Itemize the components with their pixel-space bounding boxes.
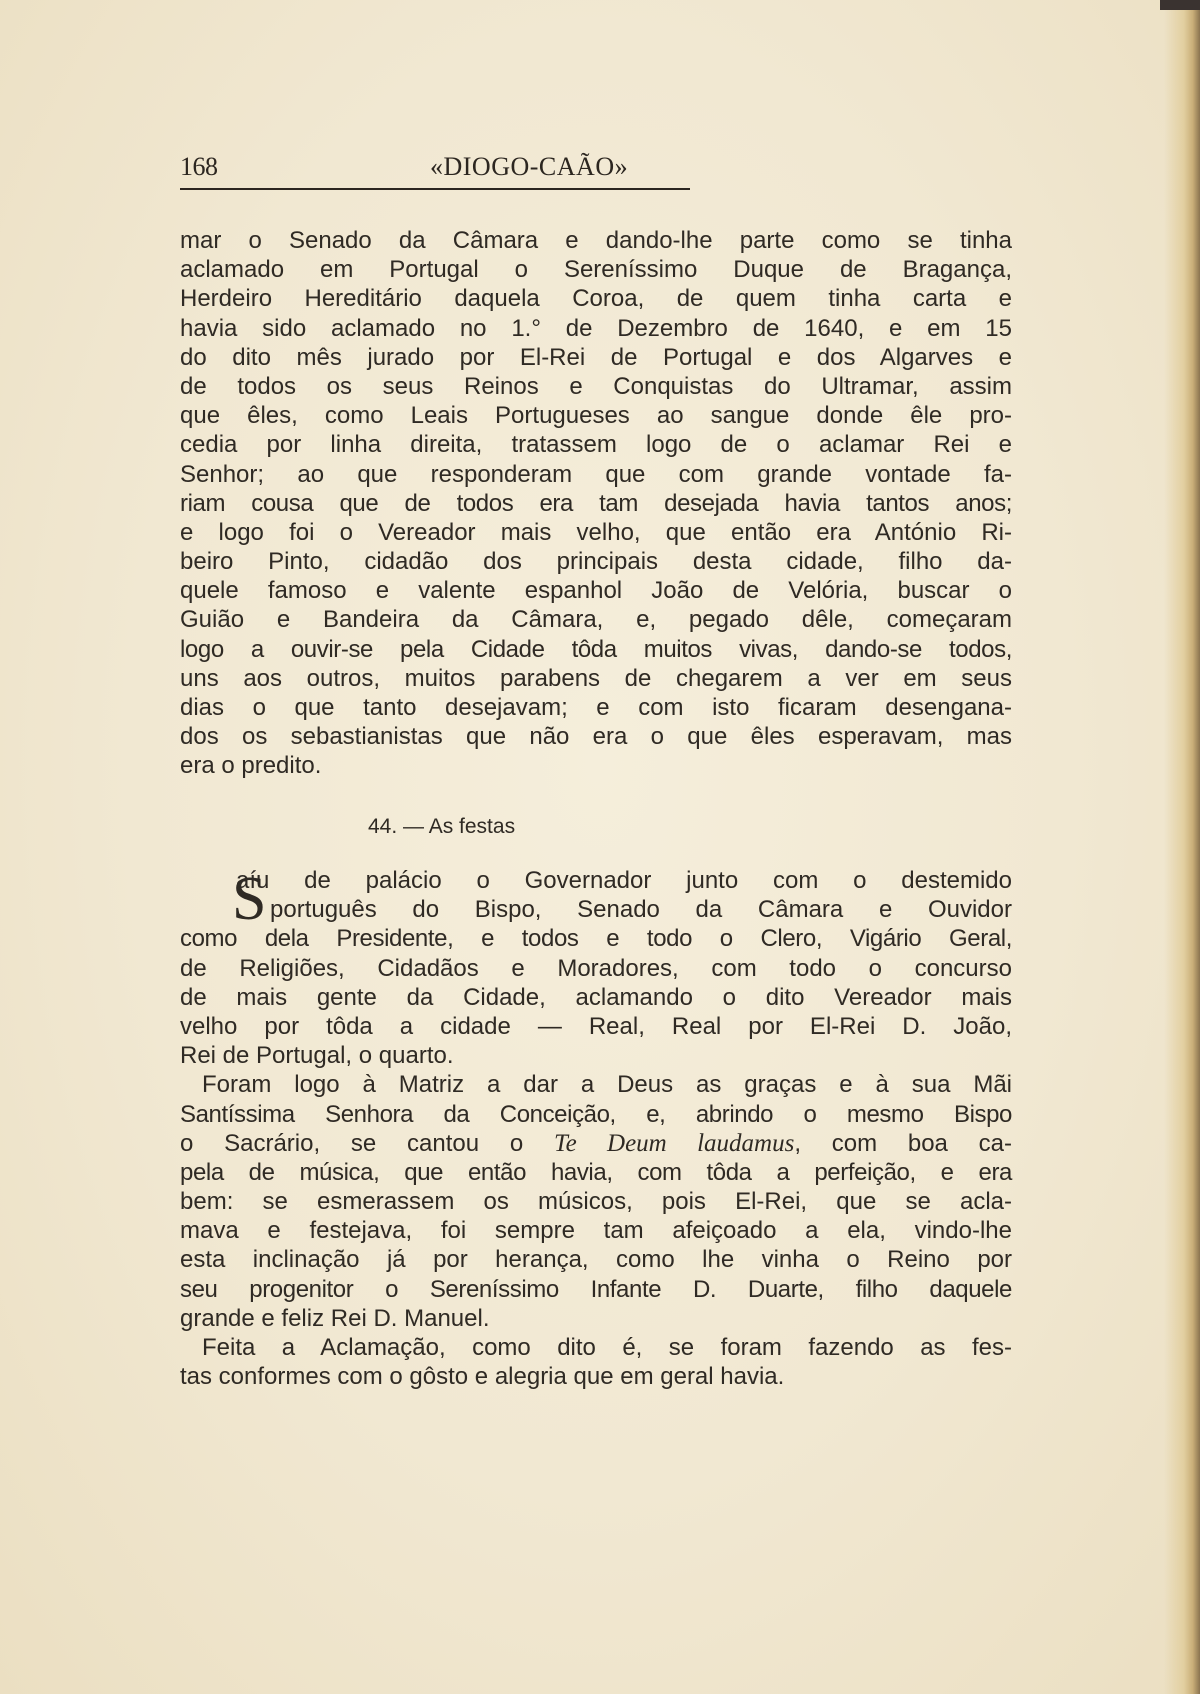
text-line: velho por tôda a cidade — Real, Real por… xyxy=(180,1012,1012,1041)
text-line: do dito mês jurado por El-Rei de Portuga… xyxy=(180,343,1012,372)
header-rule xyxy=(180,188,690,190)
text-line: de Religiões, Cidadãos e Moradores, com … xyxy=(180,954,1012,983)
text-line: Rei de Portugal, o quarto. xyxy=(180,1041,1012,1070)
paragraph-continued: mar o Senado da Câmara e dando-lhe parte… xyxy=(180,226,1012,781)
text-line: seu progenitor o Sereníssimo Infante D. … xyxy=(180,1275,1012,1304)
text-line: pela de música, que então havia, com tôd… xyxy=(180,1158,1012,1187)
text-line: logo a ouvir-se pela Cidade tôda muitos … xyxy=(180,635,1012,664)
text-line: aíu de palácio o Governador junto com o … xyxy=(180,866,1012,895)
text-run: , com boa ca- xyxy=(794,1130,1012,1157)
text-line: havia sido aclamado no 1.° de Dezembro d… xyxy=(180,314,1012,343)
text-line: riam cousa que de todos era tam desejada… xyxy=(180,489,1012,518)
text-line: cedia por linha direita, tratassem logo … xyxy=(180,430,1012,459)
text-line: Feita a Aclamação, como dito é, se foram… xyxy=(180,1333,1012,1362)
text-line: dias o que tanto desejavam; e com isto f… xyxy=(180,693,1012,722)
section-body: aíu de palácio o Governador junto com o … xyxy=(180,866,1012,1391)
text-line: aclamado em Portugal o Sereníssimo Duque… xyxy=(180,255,1012,284)
text-line: mar o Senado da Câmara e dando-lhe parte… xyxy=(180,226,1012,255)
text-line-with-italic: o Sacrário, se cantou o Te Deum laudamus… xyxy=(180,1129,1012,1158)
text-line: mava e festejava, foi sempre tam afeiçoa… xyxy=(180,1216,1012,1245)
text-line: bem: se esmerassem os músicos, pois El-R… xyxy=(180,1187,1012,1216)
text-line: esta inclinação já por herança, como lhe… xyxy=(180,1245,1012,1274)
text-line: Guião e Bandeira da Câmara, e, pegado dê… xyxy=(180,605,1012,634)
latin-title-italic: Te Deum laudamus xyxy=(554,1130,794,1157)
page-edge-top xyxy=(1160,0,1200,10)
text-line: e logo foi o Vereador mais velho, que en… xyxy=(180,518,1012,547)
text-line: Foram logo à Matriz a dar a Deus as graç… xyxy=(180,1070,1012,1099)
text-line: beiro Pinto, cidadão dos principais dest… xyxy=(180,547,1012,576)
text-line: Senhor; ao que responderam que com grand… xyxy=(180,460,1012,489)
book-page: 168 «DIOGO-CAÃO» mar o Senado da Câmara … xyxy=(0,0,1200,1694)
text-line: que êles, como Leais Portugueses ao sang… xyxy=(180,401,1012,430)
running-title: «DIOGO-CAÃO» xyxy=(430,152,628,182)
text-line: português do Bispo, Senado da Câmara e O… xyxy=(180,895,1012,924)
text-line: era o predito. xyxy=(180,751,1012,780)
text-line: tas conformes com o gôsto e alegria que … xyxy=(180,1362,1012,1391)
text-line: quele famoso e valente espanhol João de … xyxy=(180,576,1012,605)
page-number: 168 xyxy=(180,152,218,182)
page-edge-shadow xyxy=(1164,0,1200,1694)
text-line: Santíssima Senhora da Conceição, e, abri… xyxy=(180,1100,1012,1129)
text-line: grande e feliz Rei D. Manuel. xyxy=(180,1304,1012,1333)
text-line: de todos os seus Reinos e Conquistas do … xyxy=(180,372,1012,401)
text-line: uns aos outros, muitos parabens de chega… xyxy=(180,664,1012,693)
text-run: o Sacrário, se cantou o xyxy=(180,1130,554,1157)
text-line: como dela Presidente, e todos e todo o C… xyxy=(180,924,1012,953)
text-line: dos os sebastianistas que não era o que … xyxy=(180,722,1012,751)
running-head: 168 «DIOGO-CAÃO» xyxy=(180,150,690,190)
text-line: Herdeiro Hereditário daquela Coroa, de q… xyxy=(180,284,1012,313)
text-line: de mais gente da Cidade, aclamando o dit… xyxy=(180,983,1012,1012)
section-heading: 44. — As festas xyxy=(368,815,515,839)
